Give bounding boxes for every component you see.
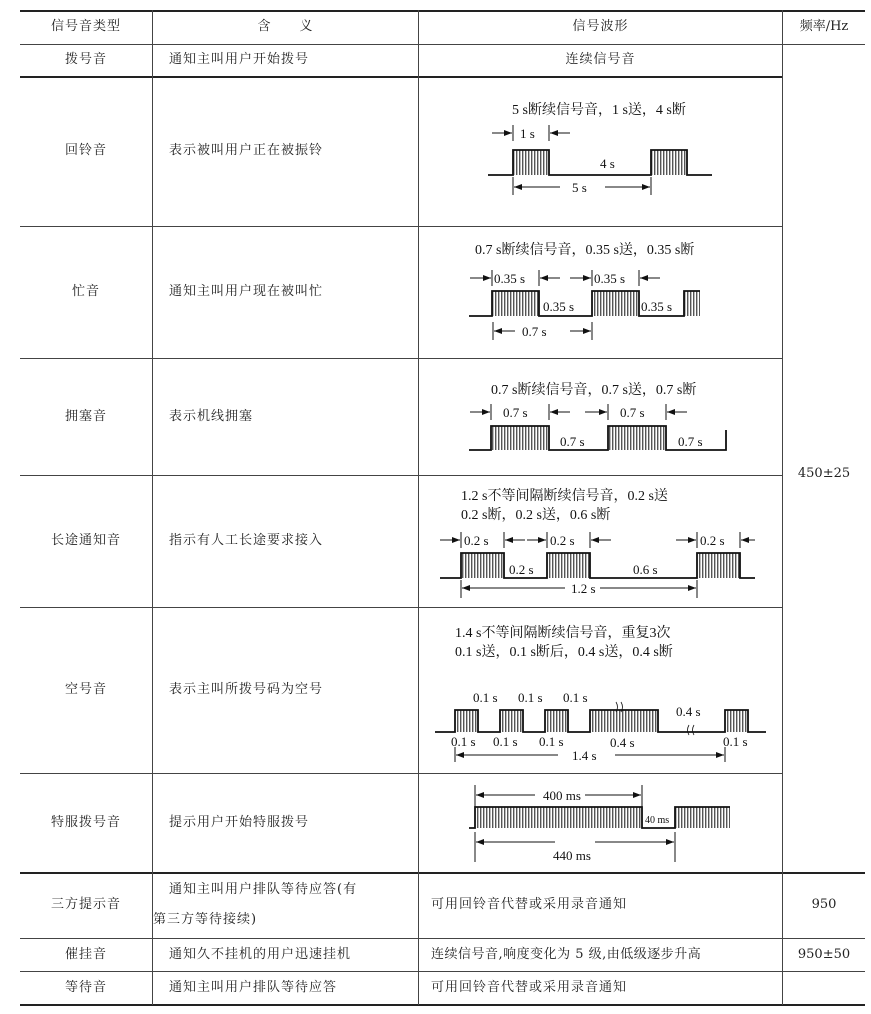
period-label: 440 ms (553, 848, 591, 863)
row-meaning: 表示主叫所拨号码为空号 (153, 607, 418, 773)
off-label: 0.35 s (641, 299, 672, 314)
meaning-line: 第三方等待接续) (153, 905, 257, 935)
period-label: 0.7 s (522, 324, 547, 339)
vacant-number-waveform: 1.4 s不等间隔断续信号音，重复3次 0.1 s送，0.1 s断后，0.4 s… (433, 617, 768, 762)
long-label: 0.4 s (676, 704, 701, 719)
row-freq: 950±50 (783, 938, 865, 971)
off-label: 0.7 s (560, 434, 585, 449)
long-label: 0.4 s (610, 735, 635, 750)
off-label: 0.7 s (678, 434, 703, 449)
short-label: 0.1 s (563, 690, 588, 705)
short-label: 0.1 s (493, 734, 518, 749)
congestion-waveform: 0.7 s断续信号音，0.7 s送，0.7 s断 0.7 s 0.7 s 0.7… (465, 374, 730, 459)
row-type: 等待音 (20, 971, 152, 1004)
row-type: 回铃音 (20, 76, 152, 226)
period-label: 1.2 s (571, 581, 596, 596)
row-waveform-text: 连续信号音 (419, 44, 782, 76)
period-label: 1.4 s (572, 748, 597, 762)
on-label: 0.35 s (494, 271, 525, 286)
waveform-title: 0.1 s送，0.1 s断后，0.4 s送，0.4 s断 (455, 644, 673, 660)
row-meaning: 表示机线拥塞 (153, 358, 418, 475)
short-label: 0.1 s (451, 734, 476, 749)
ringback-waveform: 5 s断续信号音，1 s送，4 s断 1 s 4 s 5 s (480, 95, 730, 205)
row-type: 空号音 (20, 607, 152, 773)
row-meaning: 指示有人工长途要求接入 (153, 475, 418, 607)
short-label: 0.1 s (723, 734, 748, 749)
on-label: 1 s (520, 126, 535, 141)
row-waveform-text: 连续信号音,响度变化为 5 级,由低级逐步升高 (419, 938, 782, 971)
header-freq: 频率/Hz (783, 10, 865, 44)
row-freq: 950 (783, 872, 865, 938)
row-meaning: 通知主叫用户现在被叫忙 (153, 226, 418, 358)
row-type: 长途通知音 (20, 475, 152, 607)
header-waveform: 信号波形 (419, 10, 782, 44)
gap-label: 40 ms (645, 815, 669, 826)
row-type: 三方提示音 (20, 872, 152, 938)
waveform-title: 1.4 s不等间隔断续信号音，重复3次 (455, 624, 670, 641)
waveform-title: 0.2 s断，0.2 s送，0.6 s断 (461, 507, 610, 523)
off-label: 0.35 s (543, 299, 574, 314)
row-type: 拨号音 (20, 44, 152, 76)
row-type: 拥塞音 (20, 358, 152, 475)
row-waveform-text: 可用回铃音代替或采用录音通知 (419, 872, 782, 938)
row-waveform-text: 可用回铃音代替或采用录音通知 (419, 971, 782, 1004)
on-label: 0.35 s (594, 271, 625, 286)
on-label: 0.2 s (550, 533, 575, 548)
row-type: 特服拨号音 (20, 773, 152, 872)
col-divider (418, 10, 419, 1005)
long-distance-waveform: 1.2 s不等间隔断续信号音，0.2 s送 0.2 s断，0.2 s送，0.6 … (435, 480, 755, 600)
row-meaning: 提示用户开始特服拨号 (153, 773, 418, 872)
waveform-title: 5 s断续信号音，1 s送，4 s断 (512, 101, 686, 118)
off-label: 0.6 s (633, 562, 658, 577)
waveform-title: 1.2 s不等间隔断续信号音，0.2 s送 (461, 487, 668, 504)
on-label: 400 ms (543, 788, 581, 803)
header-type: 信号音类型 (20, 10, 152, 44)
on-label: 0.7 s (503, 405, 528, 420)
merged-freq: 450±25 (783, 76, 865, 872)
on-label: 0.2 s (700, 533, 725, 548)
off-label: 4 s (600, 156, 615, 171)
meaning-line: 通知主叫用户排队等待应答(有 (153, 875, 357, 905)
busy-waveform: 0.7 s断续信号音，0.35 s送，0.35 s断 0.35 s 0.35 s… (465, 236, 725, 346)
row-type: 忙音 (20, 226, 152, 358)
header-meaning: 含 义 (153, 10, 418, 44)
short-label: 0.1 s (473, 690, 498, 705)
off-label: 0.2 s (509, 562, 534, 577)
table-bottom-rule (20, 1004, 865, 1006)
on-label: 0.2 s (464, 533, 489, 548)
row-meaning: 表示被叫用户正在被振铃 (153, 76, 418, 226)
on-label: 0.7 s (620, 405, 645, 420)
special-dial-waveform: 400 ms 40 ms 440 ms (465, 780, 740, 870)
short-label: 0.1 s (539, 734, 564, 749)
waveform-title: 0.7 s断续信号音，0.7 s送，0.7 s断 (491, 381, 696, 398)
period-label: 5 s (572, 180, 587, 195)
row-meaning: 通知主叫用户开始拨号 (153, 44, 418, 76)
waveform-title: 0.7 s断续信号音，0.35 s送，0.35 s断 (475, 241, 694, 258)
row-meaning: 通知久不挂机的用户迅速挂机 (153, 938, 418, 971)
row-type: 催挂音 (20, 938, 152, 971)
row-meaning: 通知主叫用户排队等待应答(有 第三方等待接续) (153, 872, 418, 938)
row-meaning: 通知主叫用户排队等待应答 (153, 971, 418, 1004)
short-label: 0.1 s (518, 690, 543, 705)
